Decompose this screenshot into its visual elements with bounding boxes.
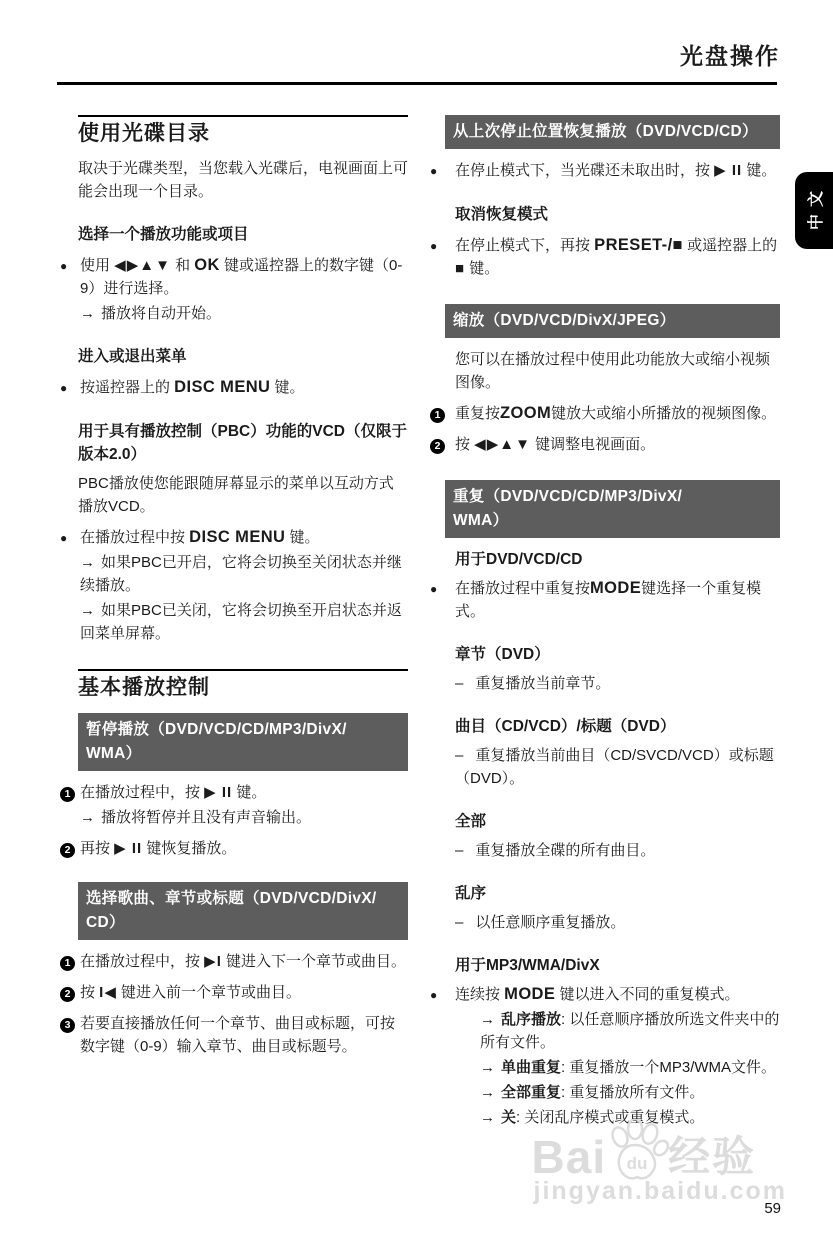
language-tab-label: 中文 — [803, 184, 826, 237]
dash-item: –以任意顺序重复播放。 — [455, 911, 780, 934]
jingyan-logo-text: 经验 — [668, 1137, 756, 1177]
step-item: 2 再按 ▶ II 键恢复播放。 — [60, 837, 408, 860]
step-number-icon: 1 — [60, 950, 80, 973]
step-item: 1 在播放过程中，按 ▶I 键进入下一个章节或曲目。 — [60, 950, 408, 973]
result-line: →全部重复: 重复播放所有文件。 — [480, 1081, 780, 1104]
dash-item: –重复播放当前曲目（CD/SVCD/VCD）或标题（DVD）。 — [455, 744, 780, 790]
bullet-item: ● 在停止模式下，当光碟还未取出时，按 ▶ II 键。 — [430, 159, 780, 183]
result-line: →播放将暂停并且没有声音输出。 — [80, 806, 408, 829]
arrow-icon: → — [480, 1084, 501, 1101]
bullet-text: 使用 ◀▶▲▼ 和 OK 键或遥控器上的数字键（0-9）进行选择。 →播放将自动… — [80, 254, 408, 325]
subheading: 用于DVD/VCD/CD — [455, 548, 780, 571]
previous-key: I◀ — [99, 984, 117, 1001]
play-pause-key: ▶ II — [114, 840, 142, 857]
subheading: 曲目（CD/VCD）/标题（DVD） — [455, 715, 780, 738]
paragraph: 取决于光碟类型，当您载入光碟后，电视画面上可能会出现一个目录。 — [78, 157, 408, 203]
play-pause-key: ▶ II — [204, 784, 232, 801]
zoom-key: ZOOM — [500, 404, 551, 422]
dash-item: –重复播放全碟的所有曲目。 — [455, 839, 780, 862]
dash-icon: – — [455, 842, 475, 859]
ok-key: OK — [194, 256, 220, 274]
preset-stop-key: PRESET-/■ — [594, 236, 683, 254]
dash-icon: – — [455, 747, 475, 764]
bullet-item: ● 在停止模式下，再按 PRESET-/■ 或遥控器上的 ■ 键。 — [430, 234, 780, 280]
next-key: ▶I — [204, 953, 222, 970]
step-number-icon: 2 — [60, 837, 80, 860]
section-rule — [78, 669, 408, 671]
arrow-icon: → — [480, 1059, 501, 1076]
step-number-icon: 3 — [60, 1012, 80, 1058]
dash-icon: – — [455, 914, 475, 931]
step-item: 2 按 I◀ 键进入前一个章节或曲目。 — [60, 981, 408, 1004]
play-pause-key: ▶ II — [714, 162, 742, 179]
banner-zoom: 缩放（DVD/VCD/DivX/JPEG） — [445, 304, 780, 338]
banner-select-track: 选择歌曲、章节或标题（DVD/VCD/DivX/ CD） — [78, 882, 408, 940]
step-number-icon: 2 — [430, 433, 455, 456]
mode-key: MODE — [590, 579, 641, 597]
subheading: 用于具有播放控制（PBC）功能的VCD（仅限于版本2.0） — [78, 420, 408, 466]
dash-icon: – — [455, 675, 475, 692]
step-item: 1 在播放过程中，按 ▶ II 键。 →播放将暂停并且没有声音输出。 — [60, 781, 408, 829]
bullet-item: ● 连续按 MODE 键以进入不同的重复模式。 →乱序播放: 以任意顺序播放所选… — [430, 983, 780, 1129]
bullet-icon: ● — [430, 577, 455, 623]
baidu-du-text: du — [627, 1154, 648, 1173]
result-line: →如果PBC已开启，它将会切换至关闭状态并继续播放。 — [80, 551, 408, 597]
arrow-icon: → — [80, 602, 101, 619]
header-rule — [57, 82, 777, 85]
bullet-icon: ● — [430, 234, 455, 280]
result-line: →播放将自动开始。 — [80, 302, 408, 325]
result-line: →单曲重复: 重复播放一个MP3/WMA文件。 — [480, 1056, 780, 1079]
step-item: 3 若要直接播放任何一个章节、曲目或标题，可按数字键（0-9）输入章节、曲目或标… — [60, 1012, 408, 1058]
banner-pause: 暂停播放（DVD/VCD/CD/MP3/DivX/ WMA） — [78, 713, 408, 771]
disc-menu-key: DISC MENU — [189, 528, 285, 546]
result-line: →如果PBC已关闭，它将会切换至开启状态并返回菜单屏幕。 — [80, 599, 408, 645]
manual-page: 光盘操作 中文 使用光碟目录 取决于光碟类型，当您载入光碟后，电视画面上可能会出… — [0, 0, 833, 1245]
subheading: 选择一个播放功能或项目 — [78, 223, 408, 246]
arrow-icon: → — [80, 305, 101, 322]
bullet-icon: ● — [60, 376, 80, 400]
bullet-item: ● 使用 ◀▶▲▼ 和 OK 键或遥控器上的数字键（0-9）进行选择。 →播放将… — [60, 254, 408, 325]
bullet-icon: ● — [60, 526, 80, 645]
subheading: 全部 — [455, 810, 780, 833]
section-heading: 基本播放控制 — [78, 676, 408, 699]
subheading: 乱序 — [455, 882, 780, 905]
baidu-watermark: Bai du 经验 jingyan.baidu.com — [532, 1119, 787, 1203]
stop-key: ■ — [455, 260, 465, 277]
subheading: 用于MP3/WMA/DivX — [455, 954, 780, 977]
paragraph: 您可以在播放过程中使用此功能放大或缩小视频图像。 — [455, 348, 780, 394]
subheading: 取消恢复模式 — [455, 203, 780, 226]
bullet-icon: ● — [60, 254, 80, 325]
section-heading: 使用光碟目录 — [78, 122, 408, 145]
jingyan-url-text: jingyan.baidu.com — [534, 1179, 787, 1203]
subheading: 章节（DVD） — [455, 643, 780, 666]
subheading: 进入或退出菜单 — [78, 345, 408, 368]
dash-item: –重复播放当前章节。 — [455, 672, 780, 695]
banner-resume: 从上次停止位置恢复播放（DVD/VCD/CD） — [445, 115, 780, 149]
nav-keys: ◀▶▲▼ — [114, 257, 171, 274]
bullet-item: ● 按遥控器上的 DISC MENU 键。 — [60, 376, 408, 400]
bullet-item: ● 在播放过程中重复按MODE键选择一个重复模式。 — [430, 577, 780, 623]
bullet-icon: ● — [430, 159, 455, 183]
baidu-logo-text: Bai — [532, 1137, 607, 1177]
section-rule — [78, 115, 408, 117]
left-column: 使用光碟目录 取决于光碟类型，当您载入光碟后，电视画面上可能会出现一个目录。 选… — [60, 115, 408, 1058]
result-line: →乱序播放: 以任意顺序播放所选文件夹中的所有文件。 — [480, 1008, 780, 1054]
step-number-icon: 2 — [60, 981, 80, 1004]
page-number: 59 — [764, 1200, 781, 1217]
bullet-item: ● 在播放过程中按 DISC MENU 键。 →如果PBC已开启，它将会切换至关… — [60, 526, 408, 645]
page-title: 光盘操作 — [680, 38, 780, 71]
arrow-icon: → — [80, 554, 101, 571]
language-tab: 中文 — [795, 172, 833, 249]
bullet-icon: ● — [430, 983, 455, 1129]
step-item: 2 按 ◀▶▲▼ 键调整电视画面。 — [430, 433, 780, 456]
step-number-icon: 1 — [430, 402, 455, 425]
disc-menu-key: DISC MENU — [174, 378, 270, 396]
mode-key: MODE — [504, 985, 555, 1003]
baidu-paw-icon: du — [604, 1119, 670, 1183]
arrow-icon: → — [80, 809, 101, 826]
nav-keys: ◀▶▲▼ — [474, 436, 531, 453]
step-number-icon: 1 — [60, 781, 80, 829]
paragraph: PBC播放使您能跟随屏幕显示的菜单以互动方式播放VCD。 — [78, 472, 408, 518]
step-item: 1 重复按ZOOM键放大或缩小所播放的视频图像。 — [430, 402, 780, 425]
arrow-icon: → — [480, 1011, 501, 1028]
right-column: 从上次停止位置恢复播放（DVD/VCD/CD） ● 在停止模式下，当光碟还未取出… — [430, 115, 780, 1129]
banner-repeat: 重复（DVD/VCD/CD/MP3/DivX/ WMA） — [445, 480, 780, 538]
arrow-icon: → — [480, 1109, 501, 1126]
